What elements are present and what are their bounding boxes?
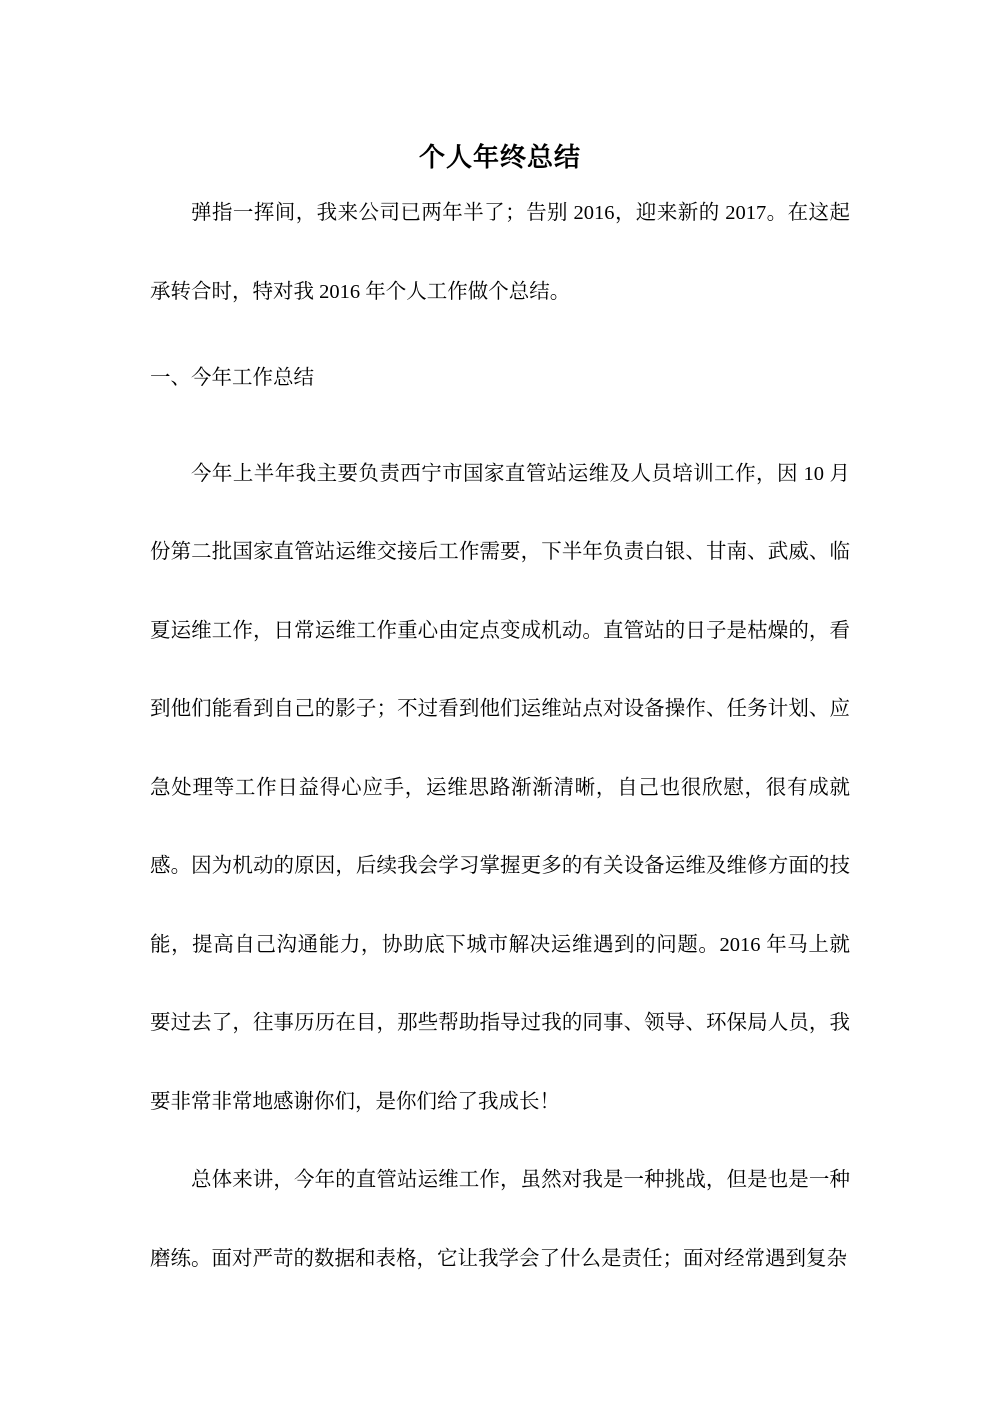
- document-page: 个人年终总结 弹指一挥间，我来公司已两年半了；告别 2016，迎来新的 2017…: [0, 0, 1000, 1415]
- overall-reflection-paragraph: 总体来讲，今年的直管站运维工作，虽然对我是一种挑战，但是也是一种磨练。面对严苛的…: [150, 1141, 850, 1298]
- work-summary-paragraph: 今年上半年我主要负责西宁市国家直管站运维及人员培训工作，因 10 月份第二批国家…: [150, 435, 850, 1142]
- section-heading-this-year-summary: 一、今年工作总结: [150, 339, 850, 418]
- intro-paragraph: 弹指一挥间，我来公司已两年半了；告别 2016，迎来新的 2017。在这起承转合…: [150, 174, 850, 331]
- document-title: 个人年终总结: [150, 0, 850, 174]
